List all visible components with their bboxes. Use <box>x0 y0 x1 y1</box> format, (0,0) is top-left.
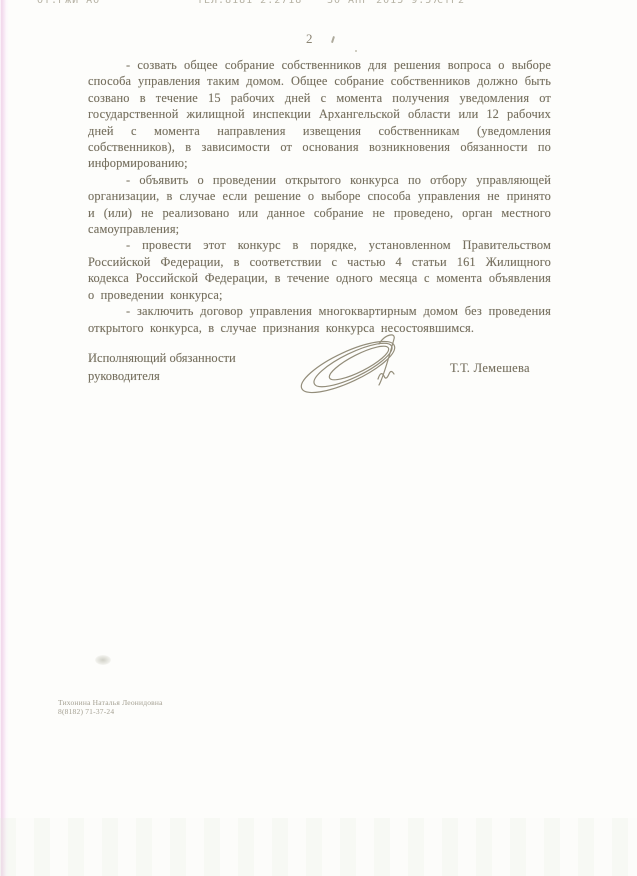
body-paragraph: - заключить договор управления многоквар… <box>88 303 551 336</box>
scan-smudge <box>95 655 111 665</box>
signer-name: Т.Т. Лемешева <box>450 361 530 376</box>
body-paragraph: - провести этот конкурс в порядке, устан… <box>88 237 551 303</box>
executor-footer: Тихонина Наталья Леонидовна 8(8182) 71-3… <box>58 698 163 716</box>
fax-page-label: СТР2 <box>437 0 465 6</box>
page-number: 2 <box>306 31 313 47</box>
scan-banding-artifact <box>0 818 637 876</box>
executor-phone: 8(8182) 71-37-24 <box>58 707 163 716</box>
document-body: - созвать общее собрание собственников д… <box>88 57 551 336</box>
body-paragraph: - объявить о проведении открытого конкур… <box>88 172 551 238</box>
signature-position-line2: руководителя <box>88 368 236 386</box>
scan-stray-mark <box>331 36 335 43</box>
scan-edge-artifact <box>0 0 9 876</box>
signature-position-line1: Исполняющий обязанности <box>88 350 236 368</box>
scanned-document-page: ОТ:ГЖИ АО ТЕЛ:8181 2.2718 30 АПР 2015 9:… <box>0 0 637 876</box>
scan-stray-dot <box>355 50 357 52</box>
fax-datetime: 30 АПР 2015 9:57 <box>327 0 439 6</box>
executor-name: Тихонина Наталья Леонидовна <box>58 698 163 707</box>
fax-sender: ОТ:ГЖИ АО <box>37 0 100 6</box>
handwritten-signature-scribble <box>293 332 421 398</box>
fax-telephone: ТЕЛ:8181 2.2718 <box>197 0 302 6</box>
body-paragraph: - созвать общее собрание собственников д… <box>88 57 551 172</box>
signature-position-title: Исполняющий обязанности руководителя <box>88 350 236 385</box>
